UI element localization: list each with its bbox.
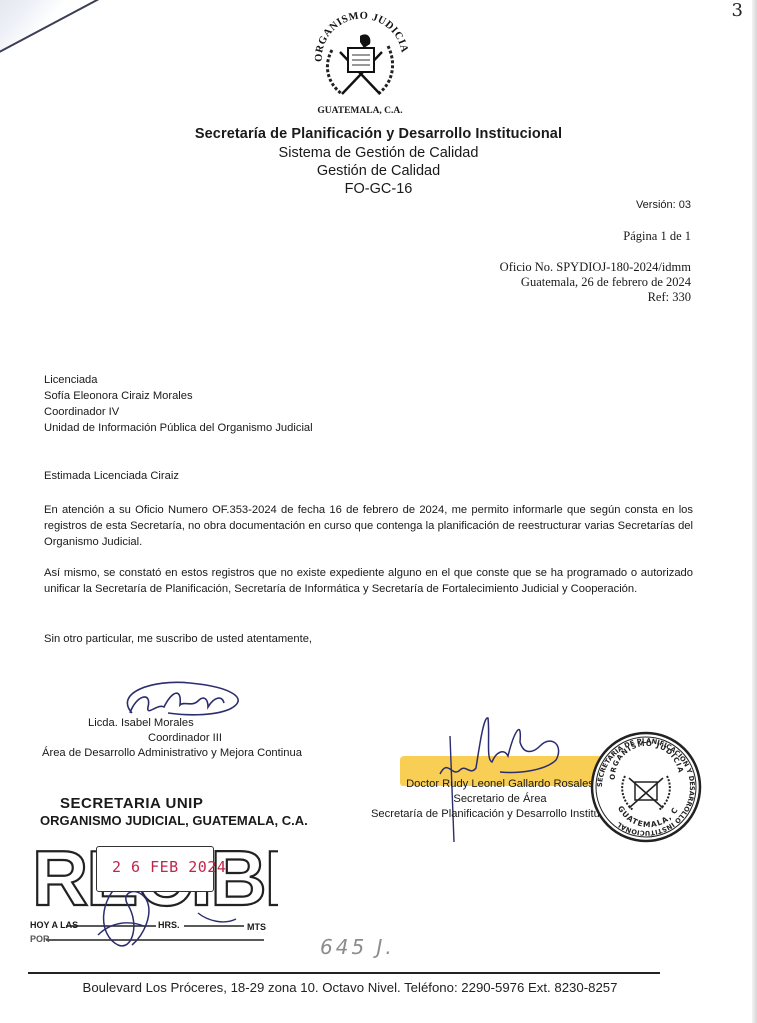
handwritten-note: 645 J. xyxy=(320,935,395,959)
recipient-unit: Unidad de Información Pública del Organi… xyxy=(44,420,313,436)
recipient-block: Licenciada Sofía Eleonora Ciraiz Morales… xyxy=(44,372,313,436)
body-paragraph-1: En atención a su Oficio Numero OF.353-20… xyxy=(44,502,693,550)
received-mts-label: MTS xyxy=(247,922,266,932)
footer-address: Boulevard Los Próceres, 18-29 zona 10. O… xyxy=(0,980,700,995)
received-stamp-title: SECRETARIA UNIP xyxy=(60,795,203,812)
handwritten-page-marker: 3 xyxy=(732,0,743,21)
signature-block-left: Licda. Isabel Morales Coordinador III Ár… xyxy=(40,716,330,761)
header-gestion: Gestión de Calidad xyxy=(0,163,757,179)
reference-number: Ref: 330 xyxy=(500,290,691,305)
coat-of-arms-icon: ORGANISMO JUDICIAL xyxy=(300,2,420,120)
body-paragraph-2: Así mismo, se constató en estos registro… xyxy=(44,565,693,597)
signatory-left-position: Coordinador III xyxy=(40,731,330,746)
oficio-number: Oficio No. SPYDIOJ-180-2024/idmm xyxy=(500,260,691,275)
recipient-name: Sofía Eleonora Ciraiz Morales xyxy=(44,388,313,404)
recipient-title: Licenciada xyxy=(44,372,313,388)
header-sistema: Sistema de Gestión de Calidad xyxy=(0,145,757,161)
salutation: Estimada Licenciada Ciraiz xyxy=(44,470,179,482)
seal-bottom-text: GUATEMALA, C.A. xyxy=(300,106,420,116)
page-count: Página 1 de 1 xyxy=(500,229,691,244)
header-form-code: FO-GC-16 xyxy=(0,181,757,197)
closing-line: Sin otro particular, me suscribo de uste… xyxy=(44,633,312,645)
footer-divider xyxy=(28,972,660,974)
received-date: 2 6 FEB 2024 xyxy=(112,858,226,876)
signatory-left-name: Licda. Isabel Morales xyxy=(40,716,330,731)
version-label: Versión: 03 xyxy=(636,199,691,211)
received-por-label: POR xyxy=(30,934,50,944)
signatory-left-area: Área de Desarrollo Administrativo y Mejo… xyxy=(42,746,330,761)
received-hoy-label: HOY A LAS xyxy=(30,920,78,930)
place-date: Guatemala, 26 de febrero de 2024 xyxy=(500,275,691,290)
folded-corner xyxy=(0,0,100,56)
reference-block: Página 1 de 1 Oficio No. SPYDIOJ-180-202… xyxy=(500,229,691,305)
organismo-judicial-seal: ORGANISMO JUDICIAL GUATEMALA, C.A. xyxy=(300,2,420,120)
received-hrs-label: HRS. xyxy=(158,920,180,930)
received-stamp-subtitle: ORGANISMO JUDICIAL, GUATEMALA, C.A. xyxy=(40,813,308,828)
recipient-position: Coordinador IV xyxy=(44,404,313,420)
header-secretaria: Secretaría de Planificación y Desarrollo… xyxy=(0,126,757,142)
document-page: 3 ORGANISMO JUDICIAL GUATEMALA, C.A. xyxy=(0,0,757,1023)
official-round-stamp-icon: SECRETARÍA DE PLANIFICACIÓN Y DESARROLLO… xyxy=(589,730,703,844)
